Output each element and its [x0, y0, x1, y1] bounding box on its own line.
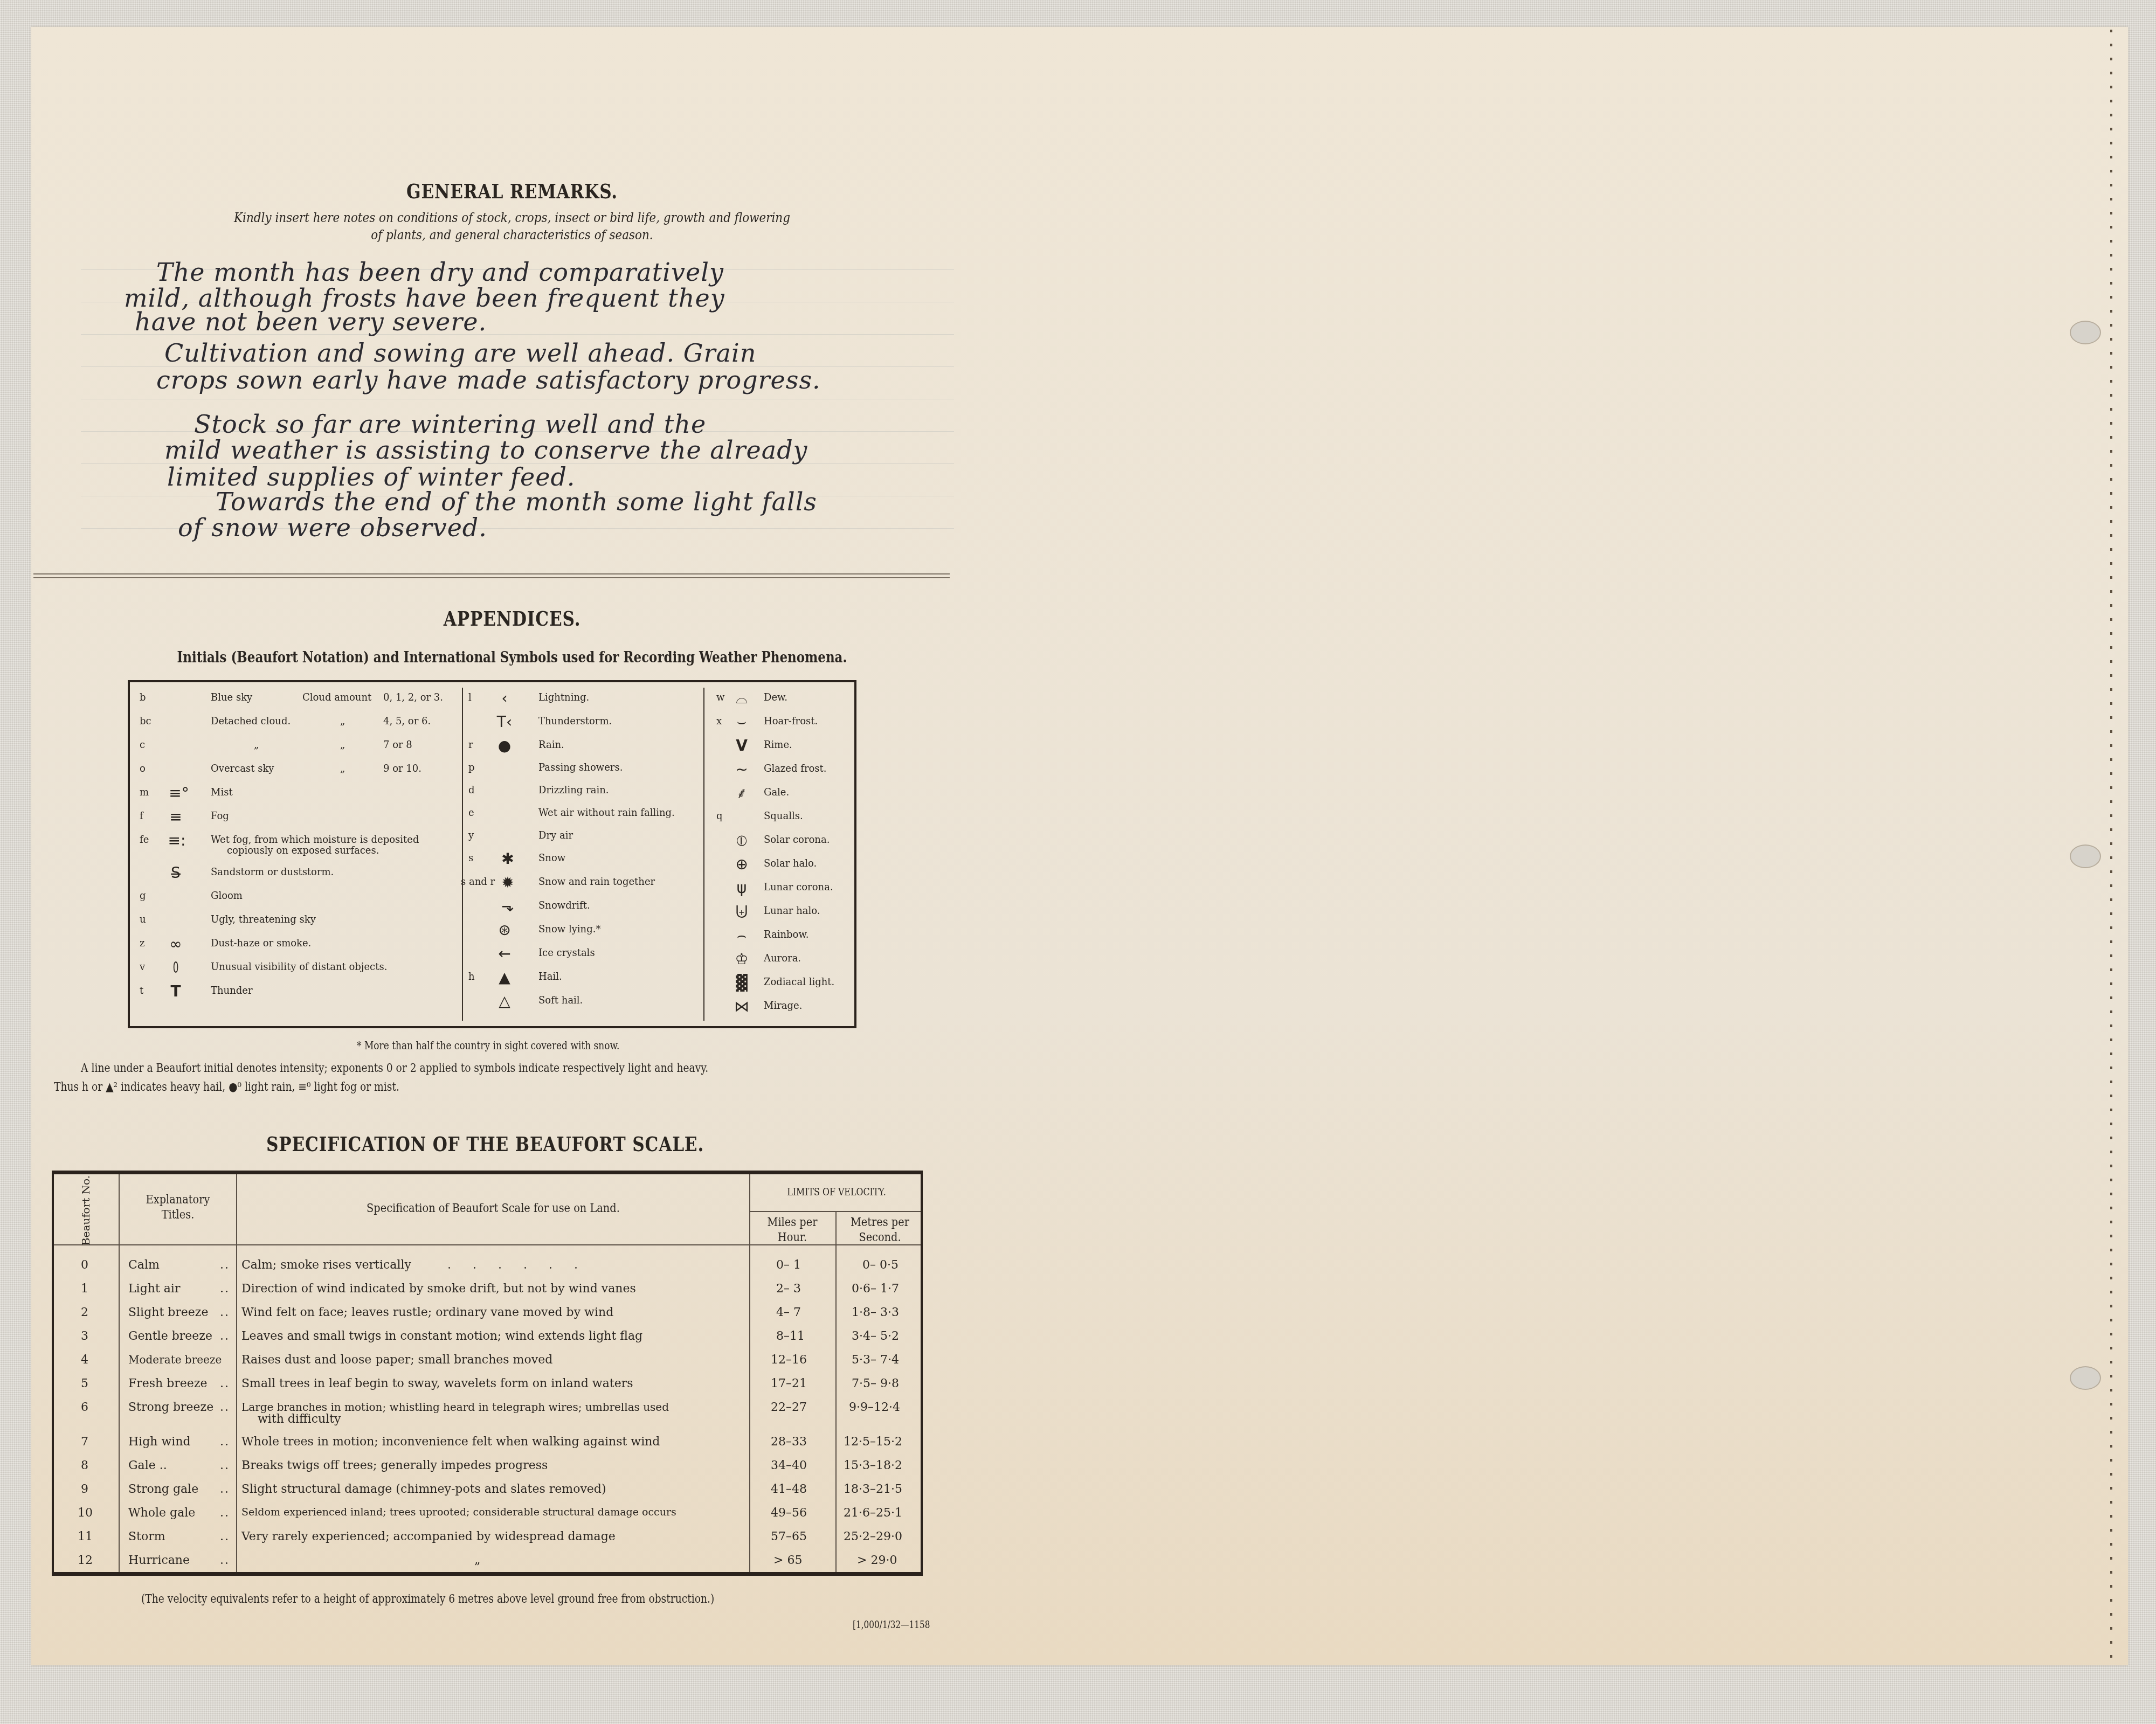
mist-icon: ≡° [165, 783, 192, 804]
punch-hole [2070, 321, 2101, 344]
lightning-icon: ‹ [491, 688, 518, 709]
beaufort-row: 9Strong gale..Slight structural damage (… [54, 1478, 921, 1502]
symbol-row: eWet air without rain falling. [463, 802, 703, 826]
beaufort-title: SPECIFICATION OF THE BEAUFORT SCALE. [220, 1132, 750, 1156]
symbol-row: ∼Glazed frost. [704, 758, 855, 781]
symbol-row: ▓Zodiacal light. [704, 971, 855, 995]
symbols-column-3: w⌓Dew. x⌣Hoar-frost. VRime. ∼Glazed fros… [704, 682, 855, 1026]
header-miles-per-hour: Miles per Hour. [764, 1215, 821, 1245]
beaufort-row: 8Gale ....Breaks twigs off trees; genera… [54, 1455, 921, 1478]
solar-corona-icon: ⦶ [728, 830, 755, 851]
symbol-row: bBlue skyCloud amount0, 1, 2, or 3. [130, 687, 462, 710]
symbol-row: bcDetached cloud.„4, 5, or 6. [130, 710, 462, 734]
thunder-icon: T [162, 981, 189, 1002]
print-code: [1,000/1/32—1158 [853, 1619, 930, 1631]
beaufort-row: 6Strong breeze..Large branches in motion… [54, 1396, 921, 1429]
symbol-row: tTThunder [130, 980, 462, 1003]
symbols-column-1: bBlue skyCloud amount0, 1, 2, or 3. bcDe… [130, 682, 462, 1026]
thunderstorm-icon: T‹ [491, 711, 518, 733]
mirage-icon: ⋈ [728, 996, 755, 1017]
glazed-frost-icon: ∼ [728, 759, 755, 780]
symbol-row: ♔Aurora. [704, 947, 855, 971]
gale-icon: ⸙ [728, 783, 755, 804]
symbol-row: f≡Fog [130, 805, 462, 829]
visibility-icon: 0 [168, 957, 184, 979]
remarks-line: The month has been dry and comparatively [156, 258, 821, 287]
weather-symbols-table: bBlue skyCloud amount0, 1, 2, or 3. bcDe… [128, 680, 856, 1028]
beaufort-row: 0Calm..Calm; smoke rises vertically.....… [54, 1254, 921, 1278]
symbol-row: oOvercast sky„9 or 10. [130, 758, 462, 781]
symbol-row: yDry air [463, 825, 703, 848]
symbol-row: ⨄Lunar halo. [704, 900, 855, 924]
remarks-line: of snow were observed. [178, 513, 821, 542]
symbol-row: ⌢Rainbow. [704, 924, 855, 947]
zodiacal-light-icon: ▓ [728, 972, 755, 994]
symbol-row: ⬎Snowdrift. [463, 895, 703, 918]
aurora-icon: ♔ [728, 948, 755, 970]
symbol-row: m≡°Mist [130, 781, 462, 805]
ice-crystals-icon: ← [491, 943, 518, 965]
symbol-row: ⊕Solar halo. [704, 853, 855, 876]
dust-haze-icon: ∞ [162, 933, 189, 955]
symbol-row: qSqualls. [704, 805, 855, 829]
instructions-line-1: Kindly insert here notes on conditions o… [141, 209, 883, 226]
beaufort-row: 3Gentle breeze..Leaves and small twigs i… [54, 1325, 921, 1349]
header-beaufort-no: Beaufort No. [58, 1185, 115, 1239]
beaufort-row: 2Slight breeze..Wind felt on face; leave… [54, 1301, 921, 1325]
intensity-note-line-1: A line under a Beaufort initial denotes … [81, 1062, 708, 1075]
perforation-edge [2110, 30, 2112, 1663]
symbol-row: s✱Snow [463, 847, 703, 871]
remarks-line: Cultivation and sowing are well ahead. G… [164, 338, 821, 368]
remarks-line: mild weather is assisting to conserve th… [164, 435, 821, 465]
snow-icon: ✱ [494, 848, 521, 870]
symbol-row: ←Ice crystals [463, 942, 703, 966]
symbol-row: T‹Thunderstorm. [463, 710, 703, 734]
beaufort-row: 5Fresh breeze..Small trees in leaf begin… [54, 1373, 921, 1396]
symbol-row: ⦶Solar corona. [704, 829, 855, 853]
intensity-note-line-2: Thus h or ▲² indicates heavy hail, ●⁰ li… [54, 1081, 399, 1094]
section-divider [33, 573, 950, 578]
soft-hail-icon: △ [491, 991, 518, 1012]
dew-icon: ⌓ [728, 688, 755, 709]
solar-halo-icon: ⊕ [728, 854, 755, 875]
beaufort-row: 4Moderate breezeRaises dust and loose pa… [54, 1349, 921, 1373]
symbol-row: ψLunar corona. [704, 876, 855, 900]
general-remarks-title: GENERAL REMARKS. [335, 179, 689, 203]
symbol-row: △Soft hail. [463, 989, 703, 1013]
beaufort-row: 11Storm..Very rarely experienced; accomp… [54, 1526, 921, 1549]
symbol-row: l‹Lightning. [463, 687, 703, 710]
symbol-row: w⌓Dew. [704, 687, 855, 710]
velocity-footnote: (The velocity equivalents refer to a hei… [141, 1593, 714, 1606]
symbol-row: s and r✹Snow and rain together [463, 871, 703, 895]
rain-icon: ● [491, 735, 518, 757]
punch-hole [2070, 1366, 2101, 1390]
instructions-line-2: of plants, and general characteristics o… [141, 226, 883, 244]
header-specification: Specification of Beaufort Scale for use … [268, 1201, 718, 1216]
rime-icon: V [728, 735, 755, 757]
symbol-row: ⊛Snow lying.* [463, 918, 703, 942]
symbol-row: gGloom [130, 885, 462, 909]
header-explanatory-titles: Explanatory Titles. [144, 1193, 211, 1223]
symbol-row: pPassing showers. [463, 757, 703, 780]
beaufort-row: 10Whole gale..Seldom experienced inland;… [54, 1502, 921, 1526]
rainbow-icon: ⌢ [728, 925, 755, 946]
symbol-row: x⌣Hoar-frost. [704, 710, 855, 734]
beaufort-row: 12Hurricane..„> 65> 29·0 [54, 1549, 921, 1573]
header-limits-of-velocity: LIMITS OF VELOCITY. [761, 1185, 913, 1200]
snowdrift-icon: ⬎ [494, 896, 521, 917]
symbols-column-2: l‹Lightning. T‹Thunderstorm. r●Rain. pPa… [463, 682, 703, 1026]
symbol-row: v0Unusual visibility of distant objects. [130, 956, 462, 980]
snow-footnote: * More than half the country in sight co… [357, 1039, 619, 1052]
symbol-row: ⸙Gale. [704, 781, 855, 805]
snow-lying-icon: ⊛ [491, 919, 518, 941]
symbol-row: c„„7 or 8 [130, 734, 462, 758]
punch-hole [2070, 844, 2101, 868]
symbol-row: uUgly, threatening sky [130, 909, 462, 932]
lunar-halo-icon: ⨄ [728, 901, 755, 923]
snow-and-rain-icon: ✹ [494, 872, 521, 894]
beaufort-scale-table: Beaufort No. Explanatory Titles. Specifi… [52, 1171, 923, 1576]
hoar-frost-icon: ⌣ [728, 711, 755, 733]
appendices-subtitle: Initials (Beaufort Notation) and Interna… [158, 648, 866, 666]
sandstorm-icon: S̶ [162, 862, 189, 884]
fog-icon: ≡ [162, 806, 189, 828]
remarks-line: Stock so far are wintering well and the [194, 410, 821, 439]
handwritten-remarks: The month has been dry and comparatively… [124, 258, 821, 542]
remarks-line: Towards the end of the month some light … [216, 487, 821, 516]
wet-fog-icon: ≡: [163, 830, 190, 851]
symbol-row: fe≡:Wet fog, from which moisture is depo… [130, 829, 462, 861]
symbol-row: z∞Dust-haze or smoke. [130, 932, 462, 956]
symbol-row: dDrizzling rain. [463, 779, 703, 803]
symbol-row: VRime. [704, 734, 855, 758]
remarks-line: crops sown early have made satisfactory … [156, 365, 821, 394]
header-metres-per-second: Metres per Second. [843, 1215, 916, 1245]
lunar-corona-icon: ψ [728, 877, 755, 899]
symbol-row: h▲Hail. [463, 966, 703, 989]
general-remarks-instructions: Kindly insert here notes on conditions o… [141, 209, 883, 244]
beaufort-row: 1Light air..Direction of wind indicated … [54, 1278, 921, 1301]
appendices-title: APPENDICES. [335, 606, 689, 631]
symbol-row: ⋈Mirage. [704, 995, 855, 1019]
symbol-row: r●Rain. [463, 734, 703, 758]
hail-icon: ▲ [491, 967, 518, 988]
symbol-row: S̶Sandstorm or duststorm. [130, 861, 462, 885]
beaufort-row: 7High wind..Whole trees in motion; incon… [54, 1431, 921, 1455]
